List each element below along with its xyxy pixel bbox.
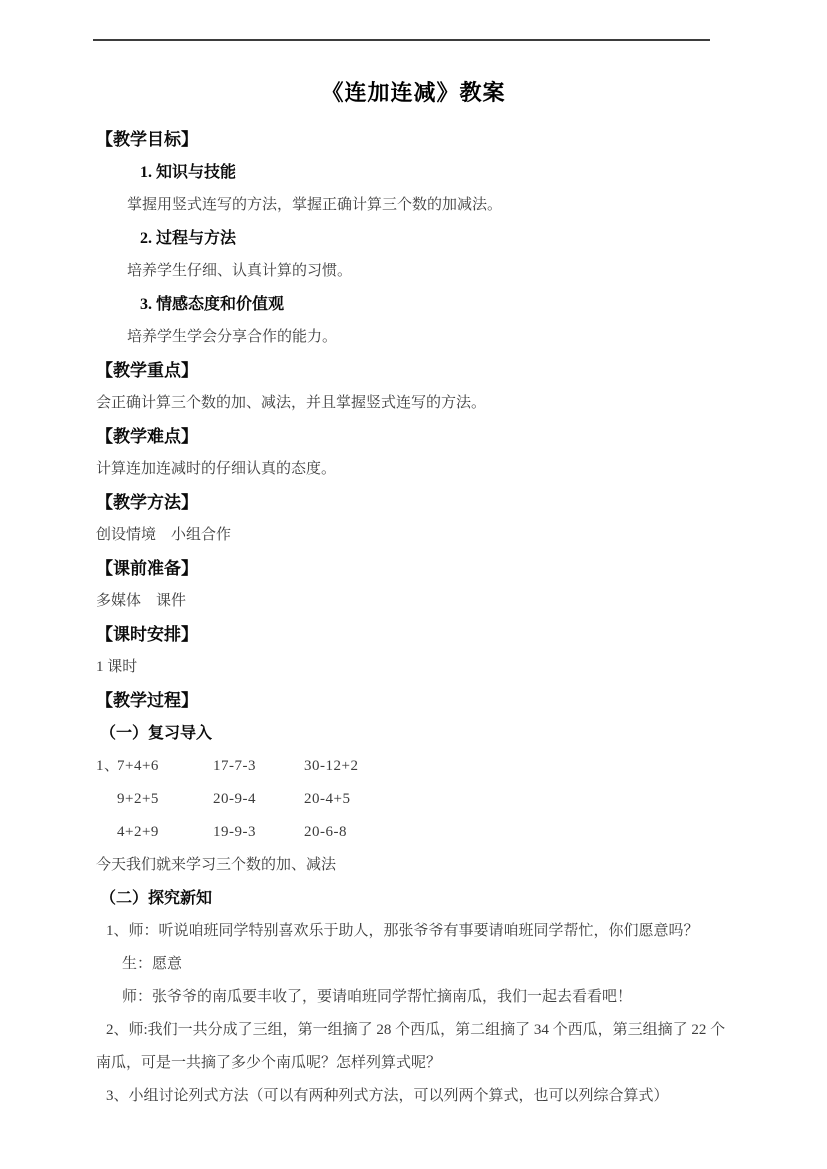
exercise-expression: 20-9-4	[213, 783, 304, 816]
subheading-emotion-values: 3. 情感态度和价值观	[140, 288, 731, 321]
paragraph-key-points: 会正确计算三个数的加、减法，并且掌握竖式连写的方法。	[96, 387, 731, 420]
document-content: 《连加连减》教案 【教学目标】 1. 知识与技能 掌握用竖式连写的方法，掌握正确…	[0, 0, 827, 1113]
heading-teaching-goals: 【教学目标】	[96, 123, 731, 156]
exercise-row-label: 1、	[96, 750, 117, 783]
paragraph-class-schedule: 1 课时	[96, 651, 731, 684]
exercise-row: 1、 7+4+6 17-7-3 30-12+2	[96, 750, 731, 783]
paragraph-process-methods: 培养学生仔细、认真计算的习惯。	[127, 255, 731, 288]
exercise-expression: 9+2+5	[117, 783, 213, 816]
heading-teaching-methods: 【教学方法】	[96, 486, 731, 519]
exercise-expression: 7+4+6	[117, 750, 213, 783]
exercise-table: 1、 7+4+6 17-7-3 30-12+2 9+2+5 20-9-4 20-…	[96, 750, 731, 849]
dialog-teacher-followup: 师：张爷爷的南瓜要丰收了，要请咱班同学帮忙摘南瓜，我们一起去看看吧！	[122, 981, 731, 1014]
exercise-expression: 17-7-3	[213, 750, 304, 783]
dialog-student-answer: 生：愿意	[122, 948, 731, 981]
heading-teaching-process: 【教学过程】	[96, 684, 731, 717]
subheading-process-methods: 2. 过程与方法	[140, 222, 731, 255]
heading-class-schedule: 【课时安排】	[96, 618, 731, 651]
exercise-row: 4+2+9 19-9-3 20-6-8	[96, 816, 731, 849]
subheading-knowledge-skills: 1. 知识与技能	[140, 156, 731, 189]
paragraph-emotion-values: 培养学生学会分享合作的能力。	[127, 321, 731, 354]
heading-key-points: 【教学重点】	[96, 354, 731, 387]
heading-class-preparation: 【课前准备】	[96, 552, 731, 585]
dialog-teacher-question-1: 1、师：听说咱班同学特别喜欢乐于助人，那张爷爷有事要请咱班同学帮忙，你们愿意吗？	[106, 915, 731, 948]
document-page: 《连加连减》教案 【教学目标】 1. 知识与技能 掌握用竖式连写的方法，掌握正确…	[0, 0, 827, 1169]
exercise-row-label	[96, 816, 117, 849]
document-title: 《连加连减》教案	[96, 73, 731, 113]
exercise-row-label	[96, 783, 117, 816]
paragraph-class-preparation: 多媒体 课件	[96, 585, 731, 618]
heading-difficulties: 【教学难点】	[96, 420, 731, 453]
paragraph-lesson-lead-in: 今天我们就来学习三个数的加、减法	[96, 849, 731, 882]
part-heading-review-intro: （一）复习导入	[100, 717, 731, 750]
exercise-row: 9+2+5 20-9-4 20-4+5	[96, 783, 731, 816]
exercise-expression: 19-9-3	[213, 816, 304, 849]
dialog-group-discussion: 3、小组讨论列式方法（可以有两种列式方法，可以列两个算式，也可以列综合算式）	[106, 1080, 731, 1113]
header-divider-line	[93, 39, 710, 41]
paragraph-teaching-methods: 创设情境 小组合作	[96, 519, 731, 552]
paragraph-knowledge-skills: 掌握用竖式连写的方法，掌握正确计算三个数的加减法。	[127, 189, 731, 222]
dialog-teacher-question-2: 2、师:我们一共分成了三组，第一组摘了 28 个西瓜，第二组摘了 34 个西瓜，…	[96, 1014, 731, 1080]
exercise-expression: 4+2+9	[117, 816, 213, 849]
exercise-expression: 30-12+2	[304, 750, 731, 783]
paragraph-difficulties: 计算连加连减时的仔细认真的态度。	[96, 453, 731, 486]
exercise-expression: 20-4+5	[304, 783, 731, 816]
exercise-expression: 20-6-8	[304, 816, 731, 849]
part-heading-explore-new: （二）探究新知	[100, 882, 731, 915]
